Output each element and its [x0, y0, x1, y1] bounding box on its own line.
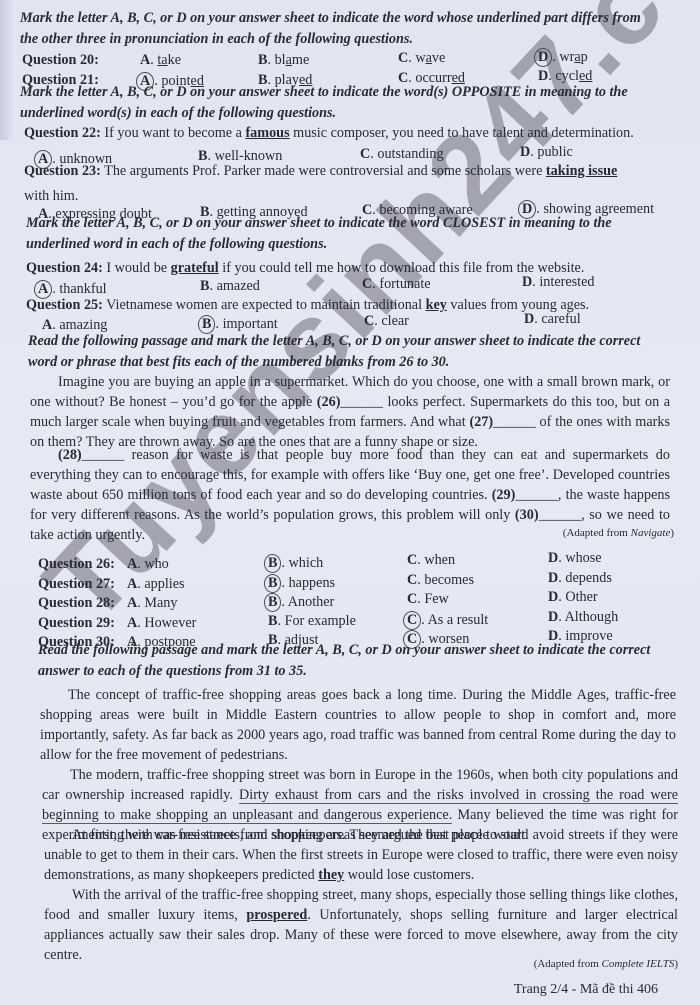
option-text: clear — [381, 313, 409, 329]
option-text: happens — [289, 575, 336, 591]
option-text: cycl — [555, 68, 579, 84]
option-letter-circled: B — [264, 593, 281, 612]
question-25-stem: Question 25: Vietnamese women are expect… — [26, 297, 589, 314]
stem-text: I would be — [103, 260, 171, 276]
option-c: C. wave — [398, 50, 445, 67]
option-text: Few — [424, 591, 448, 607]
option-text: w — [415, 50, 425, 66]
option-text: applies — [144, 576, 184, 592]
blank-number: (27) — [469, 414, 493, 430]
source-navigate: (Adapted from Navigate) — [563, 527, 674, 539]
stem-text: music composer, you need to have talent … — [290, 125, 634, 141]
option-letter: D — [520, 144, 530, 160]
option-text: For example — [285, 613, 356, 629]
option-b: B. blame — [258, 52, 309, 69]
question-label: Question 22: — [24, 125, 101, 141]
option-b: B. happens — [268, 574, 335, 593]
blank-line: ______ — [493, 414, 536, 430]
underlined-keyword: grateful — [171, 260, 219, 276]
option-letter: D — [548, 570, 558, 586]
option-c: C. fortunate — [362, 276, 431, 293]
paragraph-text: would lose customers. — [344, 867, 474, 883]
option-c: C. outstanding — [360, 146, 444, 163]
instruction-pronunciation-line1: Mark the letter A, B, C, or D on your an… — [20, 10, 641, 27]
blank-number: (28) — [58, 447, 82, 463]
page-footer: Trang 2/4 - Mã đề thi 406 — [514, 982, 658, 998]
question-24-stem: Question 24: I would be grateful if you … — [26, 260, 584, 277]
option-letter: C — [364, 313, 374, 329]
blank-line: ______ — [340, 394, 383, 410]
option-letter: D — [524, 311, 534, 327]
blank-line: ______ — [515, 487, 558, 503]
instruction-closest-line2: underlined word in each of the following… — [26, 236, 327, 253]
option-a: A. applies — [127, 576, 185, 593]
stem-text: The arguments Prof. Parker made were con… — [101, 163, 546, 179]
option-text: Another — [288, 594, 335, 610]
option-text: ke — [168, 52, 181, 68]
underlined-part: ta — [157, 52, 167, 68]
option-letter: A — [140, 52, 150, 68]
option-letter: A — [127, 576, 137, 592]
option-d: D. wrap — [538, 48, 588, 67]
question-label: Question 20: — [22, 52, 99, 69]
option-a: A. Many — [127, 595, 177, 612]
instruction-cloze-line1: Read the following passage and mark the … — [28, 333, 640, 350]
cloze-paragraph-1: Imagine you are buying an apple in a sup… — [30, 372, 670, 452]
option-c: C. when — [407, 552, 455, 569]
instruction-reading-line2: answer to each of the questions from 31 … — [38, 663, 307, 680]
option-letter-circled: D — [534, 48, 552, 67]
underlined-keyword: prospered — [246, 907, 307, 923]
option-a: A. amazing — [42, 317, 107, 334]
source-prefix: (Adapted from — [534, 958, 602, 970]
option-a: A. However — [127, 615, 196, 632]
blank-line: ______ — [539, 507, 582, 523]
option-separator: . — [281, 555, 288, 571]
option-b: B. amazed — [200, 278, 260, 295]
option-separator: . — [207, 148, 214, 164]
question-label: Question 25: — [26, 297, 103, 313]
source-suffix: ) — [674, 958, 678, 970]
question-label: Question 27: — [38, 576, 115, 593]
instruction-cloze-line2: word or phrase that best fits each of th… — [28, 354, 449, 371]
option-text: As a result — [428, 612, 489, 628]
question-label: Question 23: — [24, 163, 101, 179]
option-text: Other — [565, 589, 597, 605]
option-letter: D — [538, 68, 548, 84]
option-text: which — [289, 555, 324, 571]
option-d: D. public — [520, 144, 573, 161]
option-a: A. take — [140, 52, 181, 69]
source-complete-ielts: (Adapted from Complete IELTS) — [534, 958, 678, 970]
option-c: C. As a result — [407, 611, 488, 630]
source-prefix: (Adapted from — [563, 527, 631, 539]
option-text: depends — [565, 570, 612, 586]
option-text: bl — [275, 52, 286, 68]
option-letter: A — [127, 615, 137, 631]
option-text: whose — [565, 550, 601, 566]
option-b: B. important — [202, 315, 278, 334]
option-b: B. Another — [268, 593, 334, 612]
reading-paragraph-1: The concept of traffic-free shopping are… — [40, 685, 676, 765]
option-a: A. who — [127, 556, 169, 573]
option-letter: C — [360, 146, 370, 162]
reading-paragraph-4: With the arrival of the traffic-free sho… — [44, 885, 678, 965]
option-text: well-known — [215, 148, 283, 164]
page-shadow-edge — [0, 0, 14, 140]
option-separator: . — [215, 316, 222, 332]
option-letter: A — [127, 595, 137, 611]
option-text: becomes — [424, 572, 474, 588]
source-title: Navigate — [631, 527, 671, 539]
option-text: careful — [541, 311, 580, 327]
option-separator: . — [281, 575, 288, 591]
option-letter: C — [407, 552, 417, 568]
option-d: D. Other — [548, 589, 598, 606]
option-letter: A — [127, 556, 137, 572]
instruction-reading-line1: Read the following passage and mark the … — [38, 642, 650, 659]
option-text: wr — [559, 49, 574, 65]
option-c: C. Few — [407, 591, 449, 608]
option-letter-circled: B — [264, 574, 281, 593]
option-text: amazing — [59, 317, 107, 333]
blank-number: (29) — [492, 487, 516, 503]
option-c: C. becomes — [407, 572, 474, 589]
option-text: amazed — [217, 278, 260, 294]
option-separator: . — [277, 613, 284, 629]
option-text: Many — [144, 595, 177, 611]
option-d: D. Although — [548, 609, 618, 626]
option-text: me — [292, 52, 309, 68]
option-letter: C — [407, 572, 417, 588]
source-suffix: ) — [670, 527, 674, 539]
option-text: public — [537, 144, 572, 160]
option-letter-circled: B — [198, 315, 215, 334]
underlined-keyword: famous — [245, 125, 289, 141]
option-d: D. careful — [524, 311, 581, 328]
underlined-part: ed — [579, 68, 592, 84]
option-text: ve — [432, 50, 445, 66]
question-label: Question 29: — [38, 615, 115, 632]
question-label: Question 28: — [38, 595, 115, 612]
option-d: D. whose — [548, 550, 602, 567]
instruction-opposite-line1: Mark the letter A, B, C, or D on your an… — [20, 84, 628, 101]
instruction-opposite-line2: underlined word(s) in each of the follow… — [20, 105, 336, 122]
option-text: fortunate — [379, 276, 430, 292]
option-text: when — [424, 552, 455, 568]
option-text: outstanding — [377, 146, 443, 162]
option-letter: D — [548, 609, 558, 625]
stem-text: Vietnamese women are expected to maintai… — [103, 297, 426, 313]
instruction-pronunciation-line2: the other three in pronunciation in each… — [20, 31, 413, 48]
question-label: Question 24: — [26, 260, 103, 276]
option-letter: D — [548, 550, 558, 566]
option-d: D. depends — [548, 570, 612, 587]
instruction-closest-line1: Mark the letter A, B, C, or D on your an… — [26, 215, 612, 232]
stem-text: If you want to become a — [101, 125, 246, 141]
blank-line: ______ — [82, 447, 125, 463]
source-title: Complete IELTS — [602, 958, 675, 970]
blank-number: (26) — [317, 394, 341, 410]
option-text: thankful — [59, 281, 106, 297]
option-letter: C — [407, 591, 417, 607]
underlined-keyword: key — [426, 297, 447, 313]
underlined-keyword: they — [318, 867, 344, 883]
option-letter: D — [522, 274, 532, 290]
option-letter: C — [398, 50, 408, 66]
question-23-stem: Question 23: The arguments Prof. Parker … — [24, 163, 670, 180]
option-b: B. which — [268, 554, 323, 573]
question-23-stem-cont: with him. — [24, 188, 78, 205]
question-22-stem: Question 22: If you want to become a fam… — [24, 125, 634, 142]
option-letter: C — [362, 276, 372, 292]
option-text: p — [581, 49, 588, 65]
option-text: Although — [565, 609, 619, 625]
option-text: who — [144, 556, 168, 572]
option-d: D. interested — [522, 274, 595, 291]
option-text: However — [144, 615, 196, 631]
option-b: B. For example — [268, 613, 356, 630]
option-letter: D — [548, 589, 558, 605]
option-c: C. clear — [364, 313, 409, 330]
blank-number: (30) — [515, 507, 539, 523]
question-label: Question 26: — [38, 556, 115, 573]
option-separator: . — [209, 278, 216, 294]
reading-paragraph-3: At first, there was resistance from shop… — [44, 825, 678, 885]
option-letter-circled: B — [264, 554, 281, 573]
option-text: important — [223, 316, 278, 332]
option-letter-circled: C — [403, 611, 421, 630]
option-separator: . — [267, 52, 274, 68]
option-text: interested — [539, 274, 594, 290]
underlined-keyword: taking issue — [546, 163, 617, 179]
option-letter: A — [42, 317, 52, 333]
option-d: D. cycled — [538, 68, 592, 85]
